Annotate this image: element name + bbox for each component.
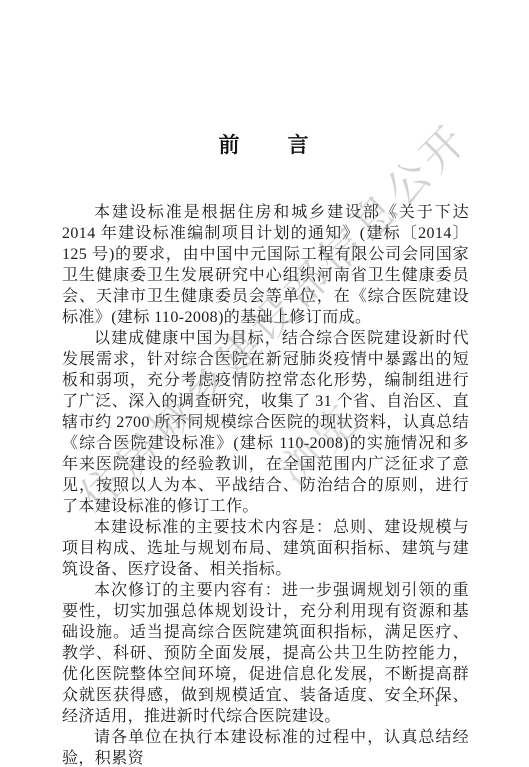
page-number: · 1 · [402,694,476,710]
paragraph: 本建设标准的主要技术内容是：总则、建设规模与项目构成、选址与规划布局、建筑面积指… [62,517,469,580]
document-body: 本建设标准是根据住房和城乡建设部《关于下达 2014 年建设标准编制项目计划的通… [62,202,469,767]
page-title: 前 言 [0,129,529,159]
paragraph: 请各单位在执行本建设标准的过程中，认真总结经验，积累资 [62,727,469,767]
paragraph: 本建设标准是根据住房和城乡建设部《关于下达 2014 年建设标准编制项目计划的通… [62,202,469,328]
paragraph: 以建成健康中国为目标，结合综合医院建设新时代发展需求，针对综合医院在新冠肺炎疫情… [62,328,469,517]
document-page: 住房城乡建设部信息公开 浏览 前 言 本建设标准是根据住房和城乡建设部《关于下达… [0,0,529,767]
